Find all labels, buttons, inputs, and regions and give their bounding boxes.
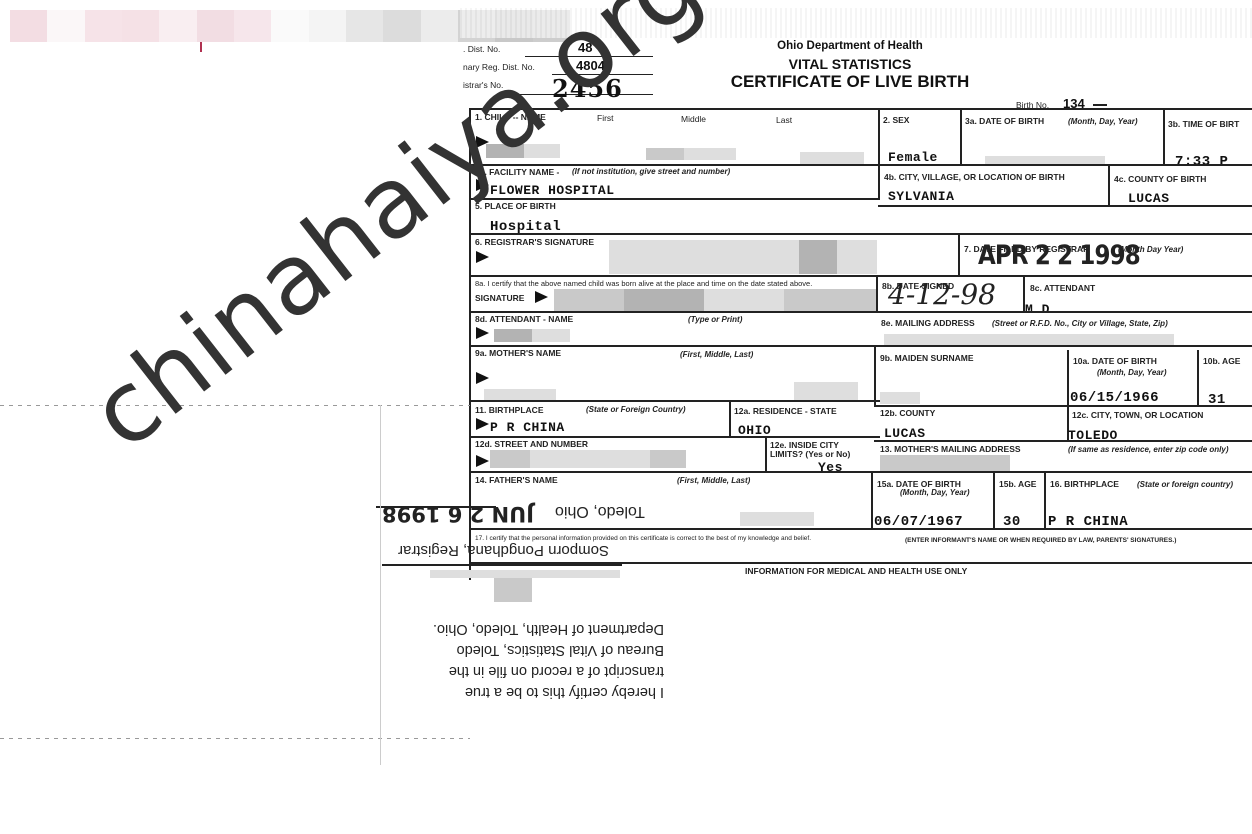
- father-name-hint: (First, Middle, Last): [677, 476, 750, 485]
- middle-label: Middle: [681, 114, 706, 124]
- arrow-icon: [476, 455, 489, 467]
- sex-label: 2. SEX: [883, 115, 909, 125]
- redacted-mother-name: [484, 389, 556, 400]
- inside-city-label-2: LIMITS? (Yes or No): [770, 449, 850, 459]
- facility-value: FLOWER HOSPITAL: [490, 183, 615, 198]
- sex-value: Female: [888, 150, 938, 165]
- residence-city-label: 12c. CITY, TOWN, OR LOCATION: [1072, 410, 1203, 420]
- mother-mailing-hint: (If same as residence, enter zip code on…: [1068, 445, 1229, 454]
- arrow-icon: [535, 291, 548, 303]
- document-title: CERTIFICATE OF LIVE BIRTH: [660, 72, 1040, 92]
- father-birthplace-label: 16. BIRTHPLACE: [1050, 479, 1119, 489]
- redacted-registrar-signature-stamp: [430, 570, 620, 578]
- father-name-label: 14. FATHER'S NAME: [475, 475, 558, 485]
- scan-fold-line: [0, 405, 470, 406]
- residence-state-label: 12a. RESIDENCE - STATE: [734, 406, 837, 416]
- dob-hint: (Month, Day, Year): [1068, 117, 1138, 126]
- redacted-maiden-surname: [880, 392, 920, 404]
- cert-line-4: Department of Health, Toledo, Ohio.: [380, 618, 664, 639]
- redacted-attendant-name: [494, 329, 532, 342]
- division-name: VITAL STATISTICS: [660, 56, 1040, 72]
- arrow-icon: [476, 327, 489, 339]
- stamp-date: JUN 2 6 1998: [382, 502, 534, 526]
- date-signed-value: 4-12-98: [888, 278, 996, 311]
- father-birthplace-hint: (State or foreign country): [1137, 480, 1233, 489]
- father-dob-hint: (Month, Day, Year): [900, 488, 970, 497]
- street-label: 12d. STREET AND NUMBER: [475, 439, 588, 449]
- redacted-last-name: [800, 152, 864, 164]
- city-of-birth-label: 4b. CITY, VILLAGE, OR LOCATION OF BIRTH: [884, 172, 1065, 182]
- time-label: 3b. TIME OF BIRT: [1168, 119, 1239, 129]
- cert-line-2: transcript of a record on file in the: [380, 660, 664, 681]
- attendant-label: 8c. ATTENDANT: [1030, 283, 1095, 293]
- informant-hint: (ENTER INFORMANT'S NAME OR WHEN REQUIRED…: [905, 537, 1176, 544]
- cert-line-1: I hereby certify this to be a true: [380, 681, 664, 702]
- county-of-birth-value: LUCAS: [1128, 191, 1170, 206]
- county-of-birth-label: 4c. COUNTY OF BIRTH: [1114, 174, 1206, 184]
- birthplace-hint: (State or Foreign Country): [586, 405, 686, 414]
- attendant-name-hint: (Type or Print): [688, 315, 742, 324]
- arrow-icon: [476, 251, 489, 263]
- mother-dob-hint: (Month, Day, Year): [1097, 368, 1167, 377]
- informant-statement: 17. I certify that the personal informat…: [475, 535, 811, 542]
- residence-county-value: LUCAS: [884, 426, 926, 441]
- first-label: First: [597, 113, 614, 123]
- time-value: 7:33 P: [1175, 154, 1228, 170]
- attendant-name-label: 8d. ATTENDANT - NAME: [475, 314, 573, 324]
- agency-name: Ohio Department of Health: [660, 40, 1040, 52]
- mother-age-label: 10b. AGE: [1203, 356, 1240, 366]
- scan-fold-line: [0, 738, 470, 739]
- birthplace-label: 11. BIRTHPLACE: [475, 405, 544, 415]
- mother-name-hint: (First, Middle, Last): [680, 350, 753, 359]
- maiden-surname-label: 9b. MAIDEN SURNAME: [880, 353, 974, 363]
- city-of-birth-value: SYLVANIA: [888, 189, 954, 204]
- mailing-address-label: 8e. MAILING ADDRESS: [881, 318, 975, 328]
- date-filed-stamp: APR 2 2 1998: [978, 240, 1140, 271]
- registrar-signature-label: 6. REGISTRAR'S SIGNATURE: [475, 237, 594, 247]
- mother-name-label: 9a. MOTHER'S NAME: [475, 348, 561, 358]
- redacted-street: [490, 450, 530, 468]
- certify-statement: 8a. I certify that the above named child…: [475, 279, 812, 288]
- last-label: Last: [776, 115, 792, 125]
- residence-county-label: 12b. COUNTY: [880, 408, 935, 418]
- stamp-registrar: Somporn Pongdhana, Registrar: [398, 542, 609, 559]
- cert-line-3: Bureau of Vital Statistics, Toledo: [380, 639, 664, 660]
- facility-hint: (If not institution, give street and num…: [572, 167, 730, 176]
- mailing-address-hint: (Street or R.F.D. No., City or Village, …: [992, 319, 1168, 328]
- dob-label: 3a. DATE OF BIRTH: [965, 116, 1044, 126]
- redacted-father-name: [740, 512, 814, 526]
- birthplace-value: P R CHINA: [490, 420, 565, 435]
- stamp-city: Toledo, Ohio: [555, 502, 645, 520]
- arrow-icon: [476, 372, 489, 384]
- father-age-label: 15b. AGE: [999, 479, 1036, 489]
- mother-dob-value: 06/15/1966: [1070, 390, 1159, 406]
- certification-block: I hereby certify this to be a true trans…: [380, 620, 664, 702]
- place-of-birth-label: 5. PLACE OF BIRTH: [475, 201, 556, 211]
- redacted-attendant-signature: [554, 289, 624, 311]
- redacted-registrar-signature: [609, 240, 799, 274]
- arrow-icon: [476, 418, 489, 430]
- medical-section-header: INFORMATION FOR MEDICAL AND HEALTH USE O…: [745, 566, 967, 576]
- signature-label: SIGNATURE: [475, 293, 524, 303]
- attendant-value: M.D.: [1025, 302, 1058, 317]
- mother-mailing-label: 13. MOTHER'S MAILING ADDRESS: [880, 444, 1021, 454]
- red-mark: [200, 42, 202, 52]
- redacted-middle-name: [646, 148, 684, 160]
- mother-dob-label: 10a. DATE OF BIRTH: [1073, 356, 1157, 366]
